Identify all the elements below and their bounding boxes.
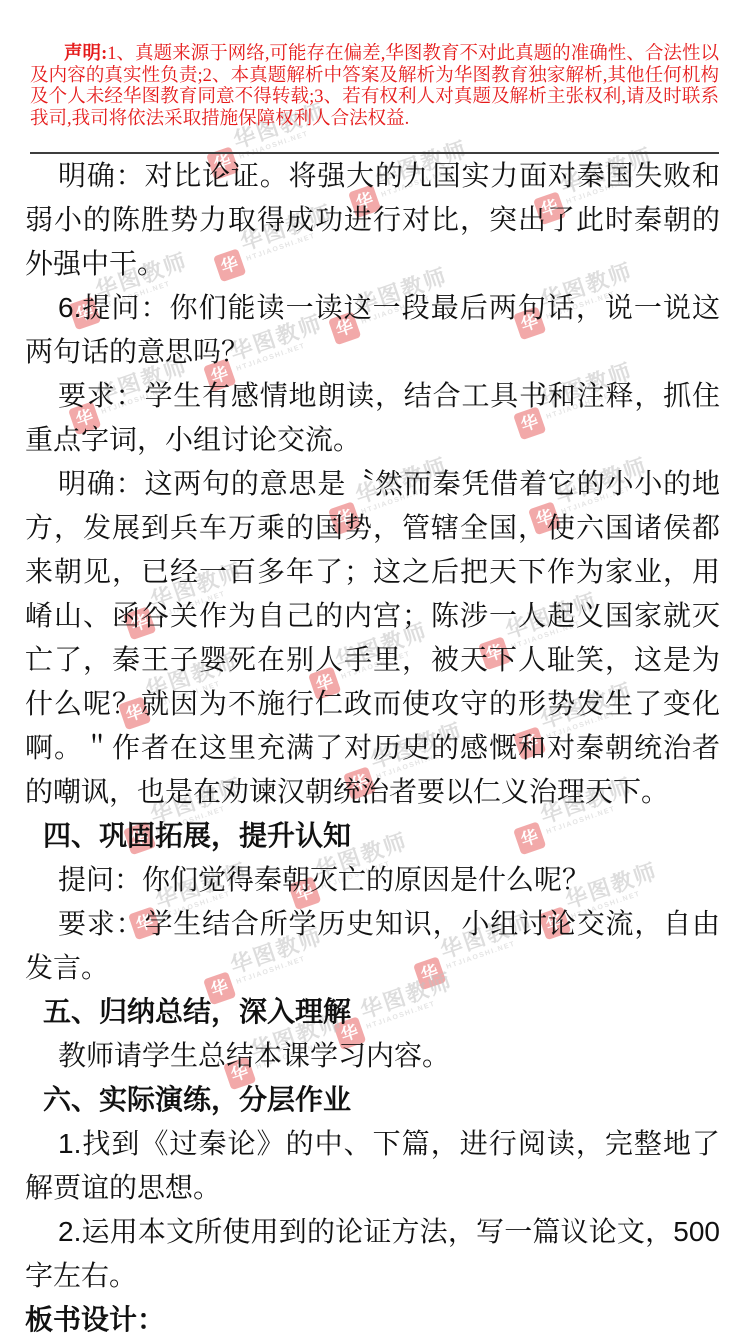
body-paragraph: 2.运用本文所使用到的论证方法，写一篇议论文，500 字左右。 [25,1210,720,1298]
body-paragraph: 6.提问：你们能读一读这一段最后两句话，说一说这两句话的意思吗？ [25,286,720,374]
board-design-heading: 板书设计： [25,1298,720,1335]
section-heading: 六、实际演练，分层作业 [25,1078,720,1122]
document-page: 华华图教师HTJIAOSHI.NET华华图教师HTJIAOSHI.NET华华图教… [0,0,748,1335]
disclaimer-text: 1、真题来源于网络,可能存在偏差,华图教育不对此真题的准确性、合法性以及内容的真… [30,44,719,129]
body-paragraph: 1.找到《过秦论》的中、下篇，进行阅读，完整地了解贾谊的思想。 [25,1122,720,1210]
disclaimer: 声明:1、真题来源于网络,可能存在偏差,华图教育不对此真题的准确性、合法性以及内… [30,44,719,130]
body-paragraph: 教师请学生总结本课学习内容。 [25,1034,720,1078]
document-body: 明确：对比论证。将强大的九国实力面对秦国失败和弱小的陈胜势力取得成功进行对比，突… [25,154,720,1335]
section-heading: 五、归纳总结，深入理解 [25,990,720,1034]
body-paragraph: 要求：学生结合所学历史知识，小组讨论交流，自由发言。 [25,902,720,990]
body-paragraph: 明确：对比论证。将强大的九国实力面对秦国失败和弱小的陈胜势力取得成功进行对比，突… [25,154,720,286]
body-paragraph: 明确：这两句的意思是〝然而秦凭借着它的小小的地方，发展到兵车万乘的国势，管辖全国… [25,462,720,814]
body-paragraph: 要求：学生有感情地朗读，结合工具书和注释，抓住重点字词，小组讨论交流。 [25,374,720,462]
section-heading: 四、巩固拓展，提升认知 [25,814,720,858]
body-paragraph: 提问：你们觉得秦朝灭亡的原因是什么呢？ [25,858,720,902]
disclaimer-label: 声明: [64,44,107,64]
